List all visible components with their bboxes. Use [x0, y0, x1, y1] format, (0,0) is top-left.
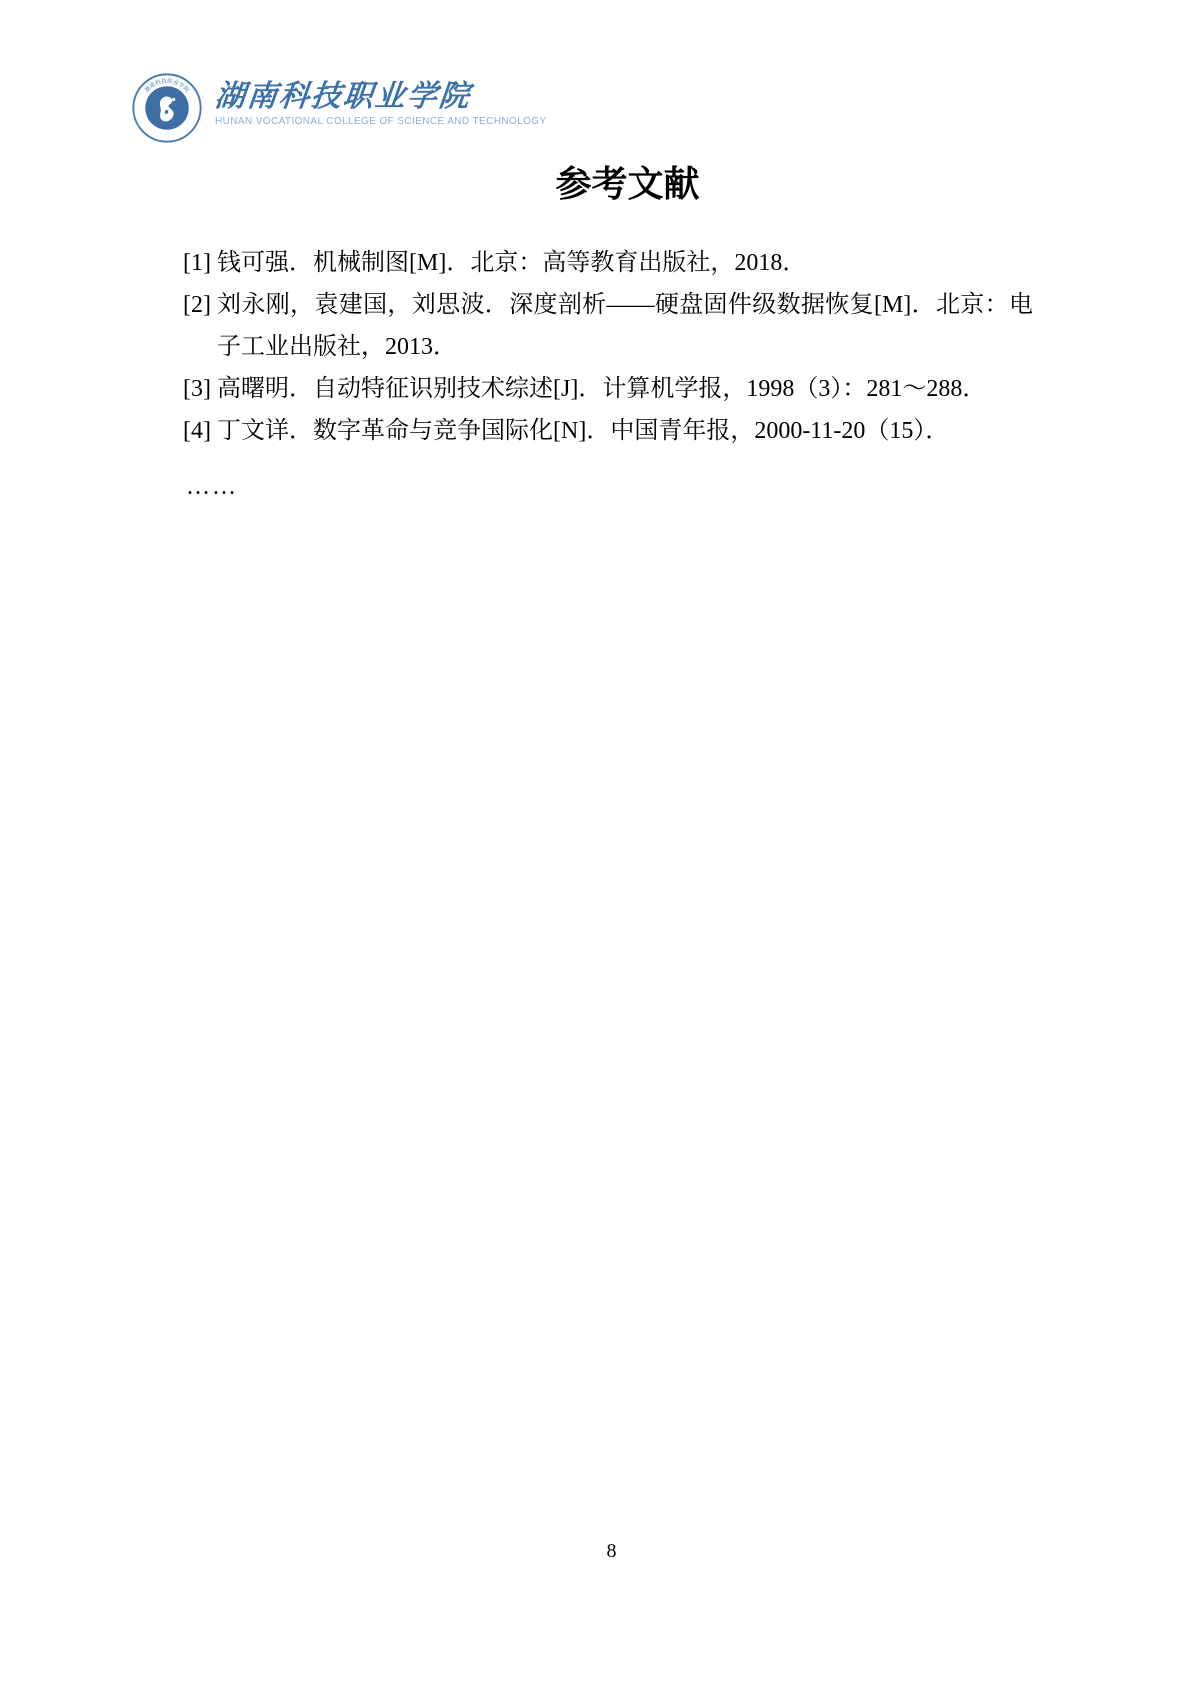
reference-text: 高曙明．自动特征识别技术综述[J]．计算机学报，1998（3）：281～288．	[217, 368, 1033, 410]
reference-marker: [1]	[183, 242, 217, 284]
reference-item: [4] 丁文详．数字革命与竞争国际化[N]．中国青年报，2000-11-20（1…	[183, 410, 1033, 452]
school-emblem-icon: 湖南科技职业学院	[131, 72, 203, 144]
reference-marker: [2]	[183, 284, 217, 368]
reference-item: [1] 钱可强．机械制图[M]．北京：高等教育出版社，2018．	[183, 242, 1033, 284]
school-name-english: HUNAN VOCATIONAL COLLEGE OF SCIENCE AND …	[215, 116, 547, 127]
reference-marker: [3]	[183, 368, 217, 410]
reference-item: [3] 高曙明．自动特征识别技术综述[J]．计算机学报，1998（3）：281～…	[183, 368, 1033, 410]
ellipsis-text: ……	[186, 466, 238, 508]
reference-text: 钱可强．机械制图[M]．北京：高等教育出版社，2018．	[217, 242, 1033, 284]
reference-marker: [4]	[183, 410, 217, 452]
reference-text: 丁文详．数字革命与竞争国际化[N]．中国青年报，2000-11-20（15）．	[217, 410, 1033, 452]
reference-text: 刘永刚，袁建国，刘思波．深度剖析——硬盘固件级数据恢复[M]．北京：电子工业出版…	[217, 284, 1033, 368]
page-title: 参考文献	[0, 161, 1191, 207]
school-name-chinese: 湖南科技职业学院	[213, 80, 548, 114]
school-logo: 湖南科技职业学院 湖南科技职业学院 HUNAN VOCATIONAL COLLE…	[131, 72, 547, 144]
page-number: 8	[16, 1538, 1191, 1564]
reference-list: [1] 钱可强．机械制图[M]．北京：高等教育出版社，2018． [2] 刘永刚…	[183, 242, 1033, 452]
school-name-block: 湖南科技职业学院 HUNAN VOCATIONAL COLLEGE OF SCI…	[215, 72, 547, 127]
reference-item: [2] 刘永刚，袁建国，刘思波．深度剖析——硬盘固件级数据恢复[M]．北京：电子…	[183, 284, 1033, 368]
document-page: 湖南科技职业学院 湖南科技职业学院 HUNAN VOCATIONAL COLLE…	[0, 0, 1191, 1684]
